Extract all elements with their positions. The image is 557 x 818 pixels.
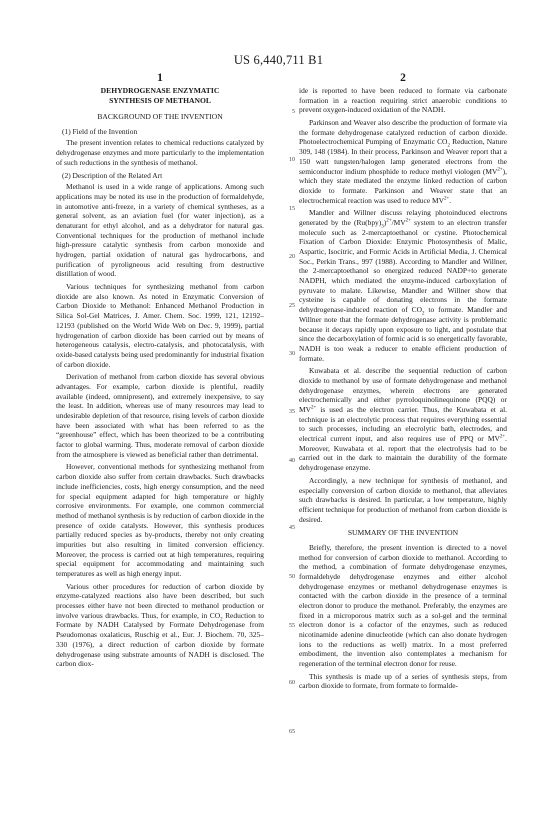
paragraph: Methanol is used in a wide range of appl… bbox=[56, 182, 264, 279]
paragraph: Various other procedures for reduction o… bbox=[56, 582, 264, 669]
paragraph: Derivation of methanol from carbon dioxi… bbox=[56, 372, 264, 459]
left-column: 1 DEHYDROGENASE ENZYMATIC SYNTHESIS OF M… bbox=[56, 72, 264, 672]
line-number: 45 bbox=[283, 525, 295, 532]
column-number: 2 bbox=[299, 72, 507, 84]
paragraph: Parkinson and Weaver also describe the p… bbox=[299, 118, 507, 205]
line-number: 30 bbox=[283, 351, 295, 358]
paragraph: Briefly, therefore, the present inventio… bbox=[299, 543, 507, 669]
line-number: 65 bbox=[283, 729, 295, 736]
section-heading-background: BACKGROUND OF THE INVENTION bbox=[56, 112, 264, 122]
column-number: 1 bbox=[56, 72, 264, 84]
subheading-field: (1) Field of the Invention bbox=[56, 127, 264, 137]
line-number: 35 bbox=[283, 409, 295, 416]
paragraph: Kuwabata et al. describe the sequential … bbox=[299, 366, 507, 473]
paragraph: This synthesis is made up of a series of… bbox=[299, 672, 507, 691]
text-run: is used as the electron carrier. Thus, t… bbox=[299, 405, 507, 443]
section-heading-summary: SUMMARY OF THE INVENTION bbox=[299, 528, 507, 538]
paragraph: Various techniques for synthesizing meth… bbox=[56, 282, 264, 369]
title-line-1: DEHYDROGENASE ENZYMATIC bbox=[56, 86, 264, 96]
line-number: 60 bbox=[283, 680, 295, 687]
text-run: . bbox=[449, 196, 451, 205]
patent-number: US 6,440,711 B1 bbox=[0, 53, 557, 68]
line-number: 15 bbox=[283, 206, 295, 213]
line-number: 50 bbox=[283, 574, 295, 581]
text-run: system to an electron transfer molecule … bbox=[299, 218, 507, 314]
line-number: 40 bbox=[283, 458, 295, 465]
right-column: 2 ide is reported to have been reduced t… bbox=[299, 72, 507, 694]
paragraph: ide is reported to have been reduced to … bbox=[299, 86, 507, 115]
paragraph: Mandler and Willner discuss relaying pho… bbox=[299, 208, 507, 363]
title-line-2: SYNTHESIS OF METHANOL bbox=[56, 96, 264, 106]
line-number: 5 bbox=[283, 109, 295, 116]
paragraph: Accordingly, a new technique for synthes… bbox=[299, 476, 507, 524]
text-run: /MV bbox=[392, 218, 406, 227]
subheading-related-art: (2) Description of the Related Art bbox=[56, 171, 264, 181]
paragraph: The present invention relates to chemica… bbox=[56, 138, 264, 167]
line-number: 55 bbox=[283, 623, 295, 630]
line-number: 20 bbox=[283, 254, 295, 261]
paragraph: However, conventional methods for synthe… bbox=[56, 462, 264, 578]
line-number: 10 bbox=[283, 157, 295, 164]
line-number: 25 bbox=[283, 303, 295, 310]
document-title: DEHYDROGENASE ENZYMATIC SYNTHESIS OF MET… bbox=[56, 86, 264, 105]
